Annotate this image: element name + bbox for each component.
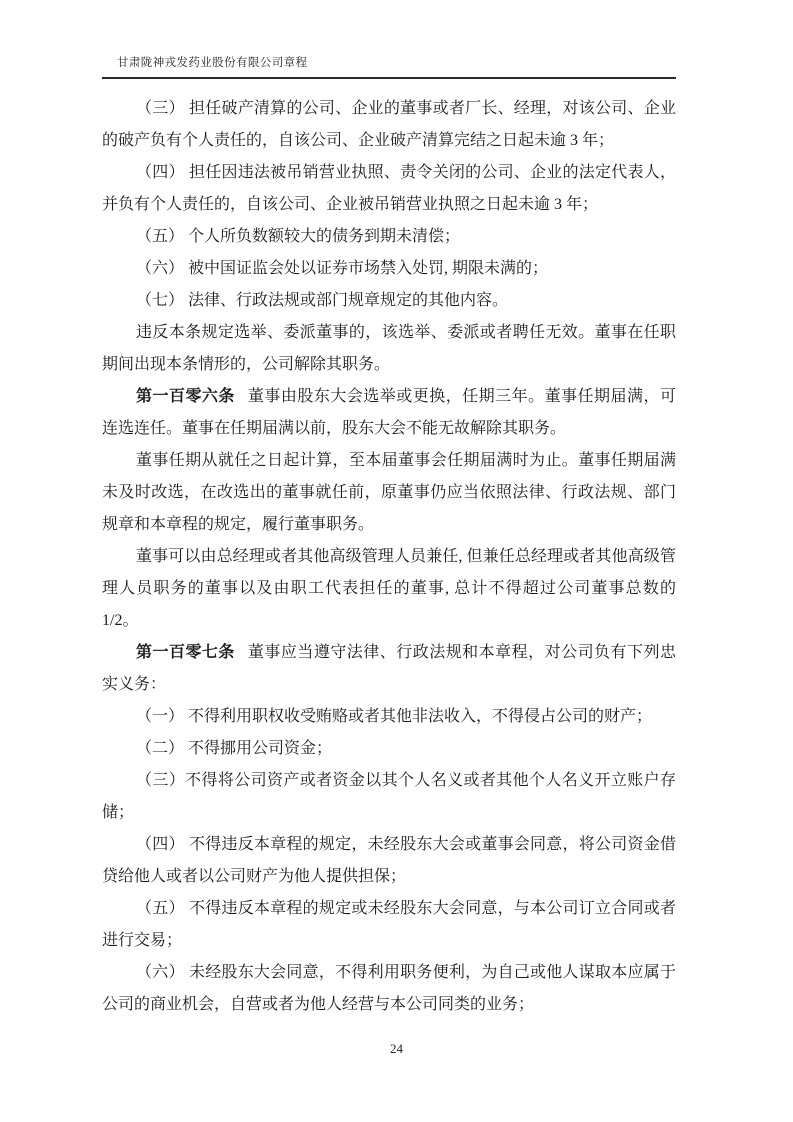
clause-paragraph: （四） 不得违反本章程的规定，未经股东大会或董事会同意，将公司资金借贷给他人或者… xyxy=(102,829,676,893)
clause-paragraph: （二） 不得挪用公司资金； xyxy=(102,733,676,765)
document-page: 甘肃陇神戎发药业股份有限公司章程 （三） 担任破产清算的公司、企业的董事或者厂长… xyxy=(0,0,793,1122)
clause-paragraph: （六） 未经股东大会同意，不得利用职务便利，为自己或他人谋取本应属于公司的商业机… xyxy=(102,957,676,1021)
clause-paragraph: 董事可以由总经理或者其他高级管理人员兼任, 但兼任总经理或者其他高级管理人员职务… xyxy=(102,541,676,637)
clause-paragraph: （四） 担任因违法被吊销营业执照、责令关闭的公司、企业的法定代表人，并负有个人责… xyxy=(102,157,676,221)
page-number: 24 xyxy=(0,1041,793,1057)
article-number: 第一百零七条 xyxy=(136,644,235,661)
clause-paragraph: （五） 个人所负数额较大的债务到期未清偿； xyxy=(102,221,676,253)
clause-paragraph: 董事任期从就任之日起计算，至本届董事会任期届满时为止。董事任期届满未及时改选，在… xyxy=(102,445,676,541)
article-number: 第一百零六条 xyxy=(136,388,235,405)
clause-paragraph: （五） 不得违反本章程的规定或未经股东大会同意，与本公司订立合同或者进行交易； xyxy=(102,893,676,957)
article-paragraph: 第一百零七条董事应当遵守法律、行政法规和本章程，对公司负有下列忠实义务： xyxy=(102,637,676,701)
clause-paragraph: 违反本条规定选举、委派董事的，该选举、委派或者聘任无效。董事在任职期间出现本条情… xyxy=(102,317,676,381)
clause-paragraph: （一） 不得利用职权收受贿赂或者其他非法收入，不得侵占公司的财产； xyxy=(102,701,676,733)
header-title: 甘肃陇神戎发药业股份有限公司章程 xyxy=(117,54,307,70)
article-paragraph: 第一百零六条董事由股东大会选举或更换，任期三年。董事任期届满，可连选连任。董事在… xyxy=(102,381,676,445)
document-body: （三） 担任破产清算的公司、企业的董事或者厂长、经理，对该公司、企业的破产负有个… xyxy=(102,93,676,1021)
page-header: 甘肃陇神戎发药业股份有限公司章程 xyxy=(102,54,676,79)
clause-paragraph: （六） 被中国证监会处以证券市场禁入处罚, 期限未满的； xyxy=(102,253,676,285)
clause-paragraph: （三）不得将公司资产或者资金以其个人名义或者其他个人名义开立账户存储； xyxy=(102,765,676,829)
clause-paragraph: （三） 担任破产清算的公司、企业的董事或者厂长、经理，对该公司、企业的破产负有个… xyxy=(102,93,676,157)
clause-paragraph: （七） 法律、行政法规或部门规章规定的其他内容。 xyxy=(102,285,676,317)
